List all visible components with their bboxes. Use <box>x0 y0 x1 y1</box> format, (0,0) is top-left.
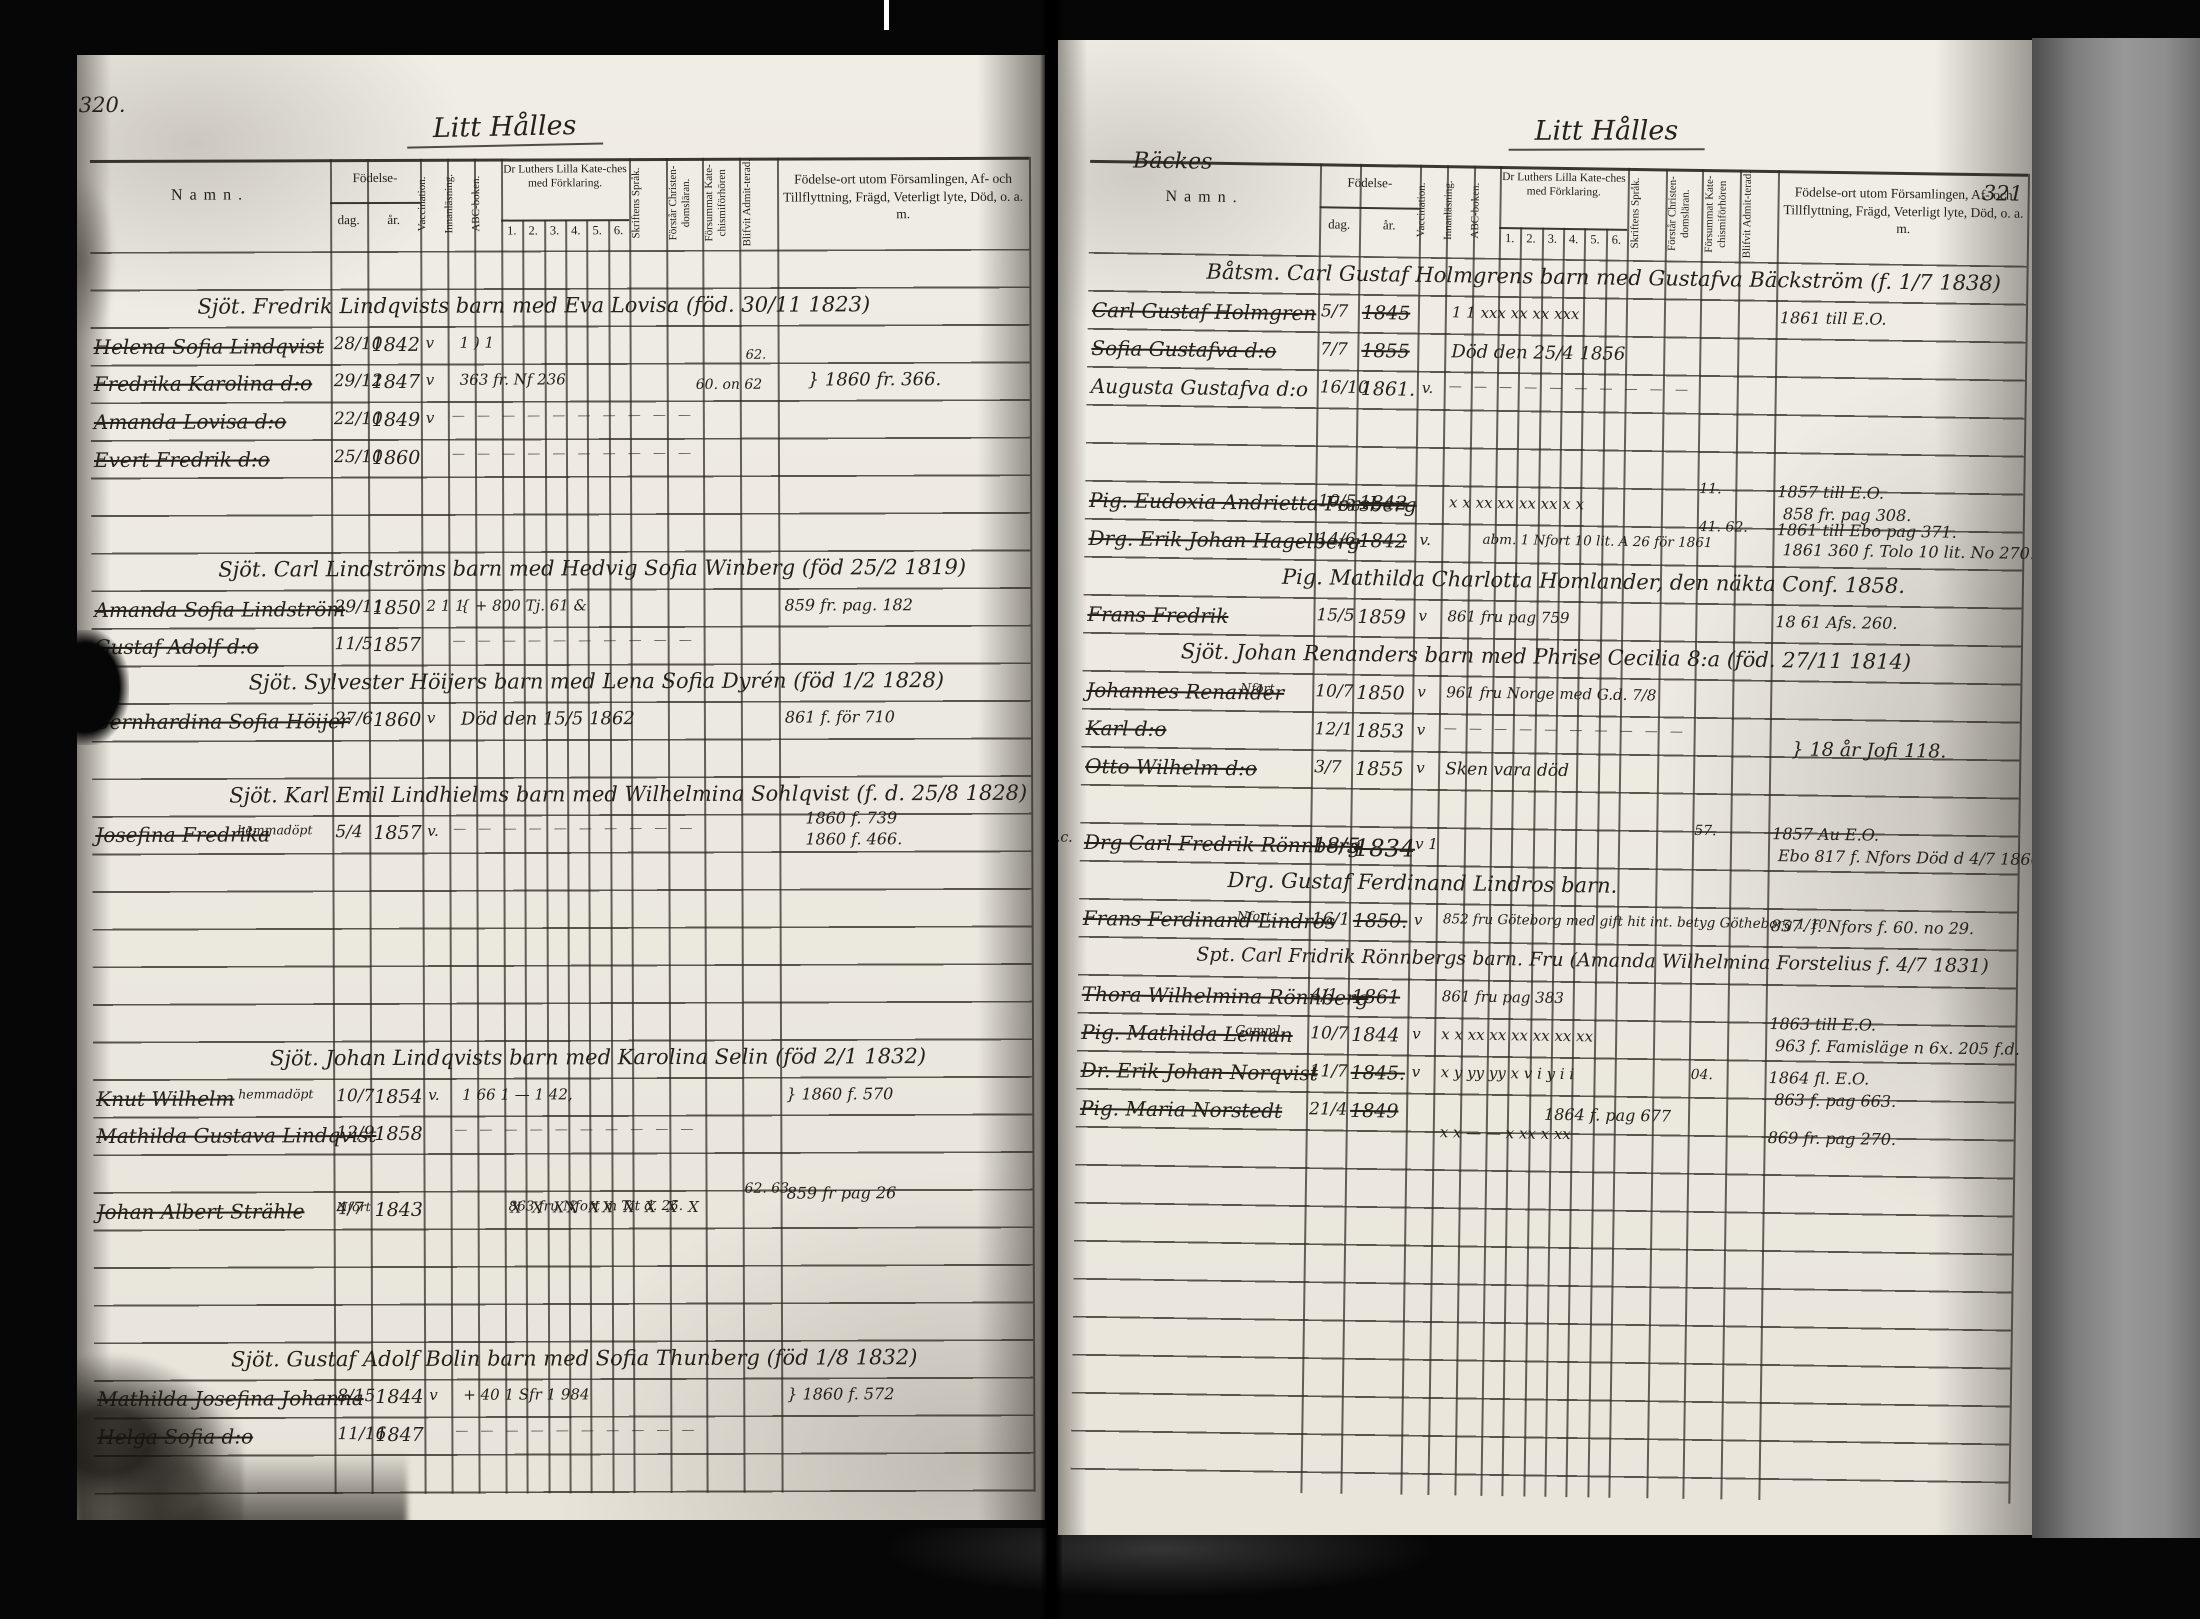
person-name: Karl d:o <box>1086 716 1167 741</box>
page-number: 320. <box>79 93 126 117</box>
page-title-handwritten: Litt Hålles <box>1509 115 1705 151</box>
margin-note: 859 fr pag 26 <box>787 1183 897 1202</box>
margin-note: 857. f. Nfors f. 60. no 29. <box>1771 916 1975 938</box>
birth-year: 1845 <box>1362 302 1411 325</box>
exam-marks: + 40 1 Sfr 1 984 <box>463 1385 589 1403</box>
group-heading: Sjöt. Gustaf Adolf Bolin barn med Sofia … <box>231 1345 917 1371</box>
person-name: Fredrika Karolina d:o <box>94 371 313 396</box>
birth-day: 10/7 <box>1310 1023 1348 1044</box>
col-header-dag: dag. <box>1319 216 1359 233</box>
col-header-fodelse: Födelse- <box>1320 174 1420 191</box>
year-note: c.c. <box>1058 829 1073 845</box>
page-title-handwritten: Litt Hålles <box>406 110 602 149</box>
register-row: Mathilda Gustava Lindqvist 12/9 1858 — —… <box>80 1119 1040 1160</box>
birth-year: 1857 <box>373 822 421 844</box>
year-note: 57. <box>1694 823 1717 839</box>
margin-note: 869 fr. pag 270. <box>1768 1128 1897 1149</box>
birth-year: 1849 <box>372 409 420 431</box>
col-header-blifvit: Blifvit Admit-terad. <box>1741 168 1776 262</box>
col-header-fodelseort: Födelse-ort utom Församlingen, Af- och T… <box>1777 183 2030 239</box>
person-name: Johan Albert Strähle <box>97 1199 305 1224</box>
scanner-edge-mark <box>884 0 889 30</box>
ditto-dashes: — — — — — — — — — — <box>454 1122 772 1138</box>
col-header-dag: dag. <box>330 212 367 228</box>
person-name: Helena Sofia Lindqvist <box>94 334 324 359</box>
section-label: Bäckes <box>1133 149 1213 175</box>
vaccination-mark: v <box>426 371 435 389</box>
margin-note: } 1860 fr. 366. <box>808 369 942 390</box>
exam-marks: X X XX XX X X X X <box>511 1198 702 1217</box>
margin-note: 861 f. för 710 <box>785 707 895 726</box>
birth-year: 1844 <box>1351 1024 1400 1047</box>
person-name: Pig. Maria Norstedt <box>1080 1096 1282 1123</box>
birth-year: 1842 <box>372 334 420 356</box>
book-edge-gray-band <box>2032 38 2200 1538</box>
register-row: Amanda Lovisa d:o 22/10 1849 v — — — — —… <box>78 405 1038 446</box>
birth-year: 1857 <box>373 634 421 656</box>
register-row: Johan Albert Strähle Nfort 4/7 1843 863 … <box>81 1195 1041 1236</box>
birth-day: 12/1 <box>1315 719 1353 740</box>
death-note: Död den 15/5 1862 <box>461 708 635 730</box>
person-name: Sofia Gustafva d:o <box>1091 336 1276 363</box>
margin-note: Ebo 817 f. Nfors Död d 4/7 1860 <box>1778 846 2032 869</box>
edge-smudge <box>77 175 117 345</box>
katekes-grade-3: 3. <box>544 223 565 238</box>
ditto-dashes: — — — — — — — — — — <box>1449 379 1767 399</box>
left-page: 320. Litt Hålles Namn. Födelse- dag. år.… <box>77 55 1045 1520</box>
person-name: Knut Wilhelm <box>96 1087 234 1111</box>
register-scan: 320. Litt Hålles Namn. Födelse- dag. år.… <box>0 0 2200 1619</box>
col-header-katekes: Dr Luthers Lilla Kate-ches med Förklarin… <box>1500 171 1628 200</box>
register-row: Josefina Fredrika hemmadöpt 5/4 1857 v. … <box>79 818 1039 859</box>
exam-marks: abm. 1 Nfort 10 lit. A 26 för 1861 <box>1482 532 1712 551</box>
vaccination-mark: v <box>1417 683 1426 701</box>
katekes-grade-1: 1. <box>501 224 522 239</box>
col-header-fodelseort: Födelse-ort utom Församlingen, Af- och T… <box>777 170 1029 223</box>
person-name: Mathilda Gustava Lindqvist <box>96 1123 376 1148</box>
katekes-grade-6: 6. <box>608 223 629 238</box>
col-header-ar: år. <box>1359 217 1419 234</box>
col-header-forsummat: Försummat Kate-chismiförhören <box>1703 167 1738 261</box>
vaccination-mark: v 1 <box>1415 835 1438 853</box>
col-header-katekes: Dr Luthers Lilla Kate-ches med Förklarin… <box>501 163 629 190</box>
birth-day: 15/5 <box>1316 605 1354 626</box>
register-row: Bernhardina Sofia Höijer 27/6 1860 v Död… <box>79 705 1039 746</box>
ditto-dashes: — — — — — — — — — — <box>452 446 770 462</box>
birth-year: 1860 <box>372 447 420 469</box>
katekes-grade-1: 1. <box>1499 231 1521 246</box>
katekes-grade-6: 6. <box>1606 233 1628 248</box>
birth-year: 1858 <box>374 1123 422 1145</box>
person-name: Otto Wilhelm d:o <box>1085 754 1257 781</box>
birth-year: 1850 <box>372 597 420 619</box>
ditto-dashes: — — — — — — — — — — <box>452 408 770 424</box>
group-heading: Sjöt. Sylvester Höijers barn med Lena So… <box>249 668 944 694</box>
birth-year: 1843 <box>375 1199 423 1221</box>
vaccination-mark: v <box>1412 1025 1421 1043</box>
annotation-above: Nfort <box>1240 680 1274 696</box>
bottom-smudge <box>880 1528 1440 1598</box>
margin-note: 1861 till Ebo pag 371. <box>1777 520 1957 542</box>
katekes-grade-2: 2. <box>523 223 544 238</box>
exam-marks: 363 fr. Nf 236 <box>460 370 566 388</box>
col-header-skriftens: Skriftens Språk. <box>1629 166 1664 260</box>
person-name: Amanda Sofia Lindström <box>94 597 345 622</box>
col-header-blifvit: Blifvit Admit-terad. <box>741 156 775 250</box>
exam-marks: 861 fru pag 383 <box>1442 987 1564 1007</box>
annotation-above: hemmadöpt <box>238 1086 313 1101</box>
vaccination-mark: v <box>1412 1063 1421 1081</box>
person-name: Dr. Erik Johan Norqvist <box>1080 1058 1317 1086</box>
margin-note: 1857 Au E.O. <box>1772 824 1879 845</box>
person-name: Augusta Gustafva d:o <box>1091 374 1309 401</box>
exam-marks: 1 1 xxx xx xx xxx <box>1452 303 1580 323</box>
birth-year: 1860 <box>373 709 421 731</box>
exam-marks: 961 fru Norge med G.d. 7/8 <box>1446 683 1656 704</box>
person-name: Bernhardina Sofia Höijer <box>95 709 350 734</box>
year-note: 04. <box>1691 1067 1714 1083</box>
birth-day: 4/7 <box>337 1199 364 1219</box>
col-header-forstar: Förstår Christen-domsläran. <box>1666 166 1701 260</box>
margin-note: 1861 360 f. Tolo 10 lit. No 270. <box>1782 540 2032 563</box>
birth-day: 16/1 <box>1312 909 1350 930</box>
vaccination-mark: v <box>429 1386 438 1404</box>
vaccination-mark: v <box>1417 721 1426 739</box>
register-row: Helena Sofia Lindqvist 28/10 1842 v 1 ) … <box>78 330 1038 371</box>
person-name: Frans Ferdinand Lindros <box>1083 906 1336 934</box>
right-page: Litt Hålles 321 Namn. Födelse- dag. år. … <box>1058 40 2032 1535</box>
exam-marks: { + 800 Tj. 61 & <box>460 596 587 614</box>
vaccination-mark: v. <box>428 1086 440 1104</box>
ditto-dashes: — — — — — — — — — — <box>453 633 771 649</box>
birth-day: 11/7 <box>1310 1061 1348 1082</box>
exam-marks: 1 66 1 — 1 42, <box>462 1085 572 1103</box>
person-name: Carl Gustaf Holmgren <box>1092 298 1317 325</box>
exam-marks: x x — — x xx x xx <box>1440 1123 1571 1143</box>
margin-note: 1863 till E.O. <box>1769 1014 1876 1035</box>
birth-year: 1850. <box>1353 910 1408 933</box>
exam-marks: 861 fru pag 759 <box>1447 607 1569 627</box>
register-row: Gustaf Adolf d:o 11/5 1857 — — — — — — —… <box>79 630 1039 671</box>
ink-blob <box>77 630 129 745</box>
vaccination-mark: 2 1 1 <box>426 597 464 615</box>
margin-note: } 1860 f. 572 <box>787 1384 894 1403</box>
katekes-grade-5: 5. <box>586 223 607 238</box>
katekes-grade-2: 2. <box>1520 231 1542 246</box>
birth-day: 8/15 <box>337 1386 375 1406</box>
margin-note: 859 fr. pag. 182 <box>784 595 912 614</box>
birth-year: 1855 <box>1361 340 1410 363</box>
birth-year: 1842 <box>1359 492 1408 515</box>
margin-note: 60. on 62 <box>696 377 762 393</box>
group-heading: Sjöt. Johan Lindqvists barn med Karolina… <box>270 1044 926 1070</box>
margin-note: 1861 till E.O. <box>1780 308 1887 329</box>
birth-year: 1850 <box>1356 682 1405 705</box>
birth-year: 1861. <box>1361 378 1416 401</box>
birth-day: 27/6 <box>335 709 373 729</box>
vaccination-mark: v <box>1418 607 1427 625</box>
header-top-rule <box>90 157 1029 163</box>
col-header-fodelse: Födelse- <box>330 170 420 186</box>
ditto-dashes: — — — — — — — — — — <box>455 1423 773 1439</box>
annotation-above: Nfort <box>1237 908 1271 924</box>
birth-day: 12/9 <box>336 1123 374 1143</box>
birth-day: 10/7 <box>336 1086 374 1106</box>
exam-marks: 1 ) 1 <box>460 334 495 352</box>
birth-year: 1849 <box>1350 1100 1399 1123</box>
col-header-skriftens: Skriftens Språk. <box>630 156 664 250</box>
vaccination-mark: v. <box>427 822 439 840</box>
death-note: Sken vara död <box>1445 759 1569 781</box>
vaccination-mark: v <box>426 409 435 427</box>
register-row: Evert Fredrik d:o 25/10 1860 — — — — — —… <box>78 443 1038 484</box>
birth-day: 21/4 <box>1309 1099 1347 1120</box>
exam-marks: x x xx xx xx xx x x <box>1449 493 1584 513</box>
annotation-above: hemmadöpt <box>237 822 312 837</box>
margin-note: 963 f. Famisläge n 6x. 205 f.d. <box>1775 1036 2020 1059</box>
col-header-ar: år. <box>367 212 420 228</box>
exam-marks: 852 fru Göteborg med gift hit int. betyg… <box>1443 911 1827 933</box>
katekes-grade-3: 3. <box>1542 232 1564 247</box>
person-name: Amanda Lovisa d:o <box>94 409 287 434</box>
vaccination-mark: v. <box>1422 379 1434 397</box>
ditto-dashes: — — — — — — — — — — <box>453 821 771 837</box>
col-header-forstar: Förstår Christen-domsläran. <box>667 156 701 250</box>
katekes-grade-4: 4. <box>565 223 586 238</box>
birth-day: 4/1 <box>1311 985 1339 1005</box>
ditto-dashes: — — — — — — — — — — <box>1444 721 1762 741</box>
margin-note: 62. <box>746 348 767 363</box>
year-note: 11. <box>1699 481 1722 497</box>
vaccination-mark: v. <box>1419 531 1431 549</box>
fodelse-subrule <box>1319 206 1419 209</box>
margin-note: 1864 fl. E.O. <box>1768 1068 1869 1088</box>
vaccination-mark: v <box>1414 911 1423 929</box>
birth-day: 11/5 <box>335 634 373 654</box>
vaccination-mark: v <box>426 334 435 352</box>
birth-day: 5/4 <box>335 822 362 842</box>
person-name: Frans Fredrik <box>1087 602 1228 628</box>
exam-marks: x y yy yy x v i y i i <box>1441 1063 1575 1083</box>
birth-day: 10/5 <box>1318 491 1356 512</box>
birth-day: 5/7 <box>1321 301 1349 321</box>
birth-year: 1853 <box>1356 720 1405 743</box>
margin-note: 1857 till E.O. <box>1777 482 1884 503</box>
col-header-forsummat: Försummat Kate-chismiförhören <box>703 156 737 250</box>
death-note: Död den 25/4 1856 <box>1451 341 1625 365</box>
birth-day: 14/6 <box>1317 529 1355 550</box>
fodelse-subrule <box>330 202 420 204</box>
year-note: 41. 62. <box>1699 519 1748 536</box>
birth-year: 1859 <box>1357 606 1406 629</box>
left-page-content: 320. Litt Hålles Namn. Födelse- dag. år.… <box>77 55 1045 1520</box>
margin-note: } 18 år Jofi 118. <box>1791 738 1946 762</box>
birth-year: 1842 <box>1358 530 1407 553</box>
birth-year: 1847 <box>372 371 420 393</box>
group-heading: Sjöt. Karl Emil Lindhielms barn med Wilh… <box>229 781 1027 808</box>
birth-day: 3/7 <box>1314 757 1342 777</box>
annotation-above: Gamml. <box>1235 1022 1284 1038</box>
birth-day: 10/7 <box>1315 681 1353 702</box>
group-heading: Sjöt. Carl Lindströms barn med Hedvig So… <box>218 555 966 582</box>
margin-note: 18 61 Afs. 260. <box>1775 612 1897 633</box>
birth-day: 7/7 <box>1320 339 1348 359</box>
birth-year: 1834 <box>1354 834 1415 863</box>
register-row: Amanda Sofia Lindström 29/11 1850 2 1 1 … <box>78 593 1038 634</box>
vaccination-mark: v <box>1416 759 1425 777</box>
margin-note: } 1860 f. 570 <box>786 1084 893 1103</box>
birth-year: 1845. <box>1350 1062 1405 1085</box>
birth-year: 1855 <box>1355 758 1404 781</box>
katekes-grade-4: 4. <box>1563 232 1585 247</box>
bottom-stain <box>77 1450 407 1520</box>
birth-year: 1844 <box>375 1386 423 1408</box>
birth-year: 1847 <box>375 1424 423 1446</box>
col-header-namn: Namn. <box>90 186 330 205</box>
katekes-grade-5: 5. <box>1584 232 1606 247</box>
person-name: Evert Fredrik d:o <box>94 447 270 472</box>
group-heading: Sjöt. Fredrik Lindqvists barn med Eva Lo… <box>197 292 870 318</box>
vaccination-mark: v <box>427 709 436 727</box>
right-page-content: Litt Hålles 321 Namn. Födelse- dag. år. … <box>1058 40 2032 1535</box>
register-row: Knut Wilhelm hemmadöpt 10/7 1854 v. 1 66… <box>80 1082 1040 1123</box>
birth-year: 1854 <box>374 1086 422 1108</box>
birth-year: 1861 <box>1352 986 1401 1009</box>
exam-marks: x x xx xx xx xx xx xx <box>1441 1025 1593 1045</box>
col-header-namn: Namn. <box>1089 187 1319 208</box>
